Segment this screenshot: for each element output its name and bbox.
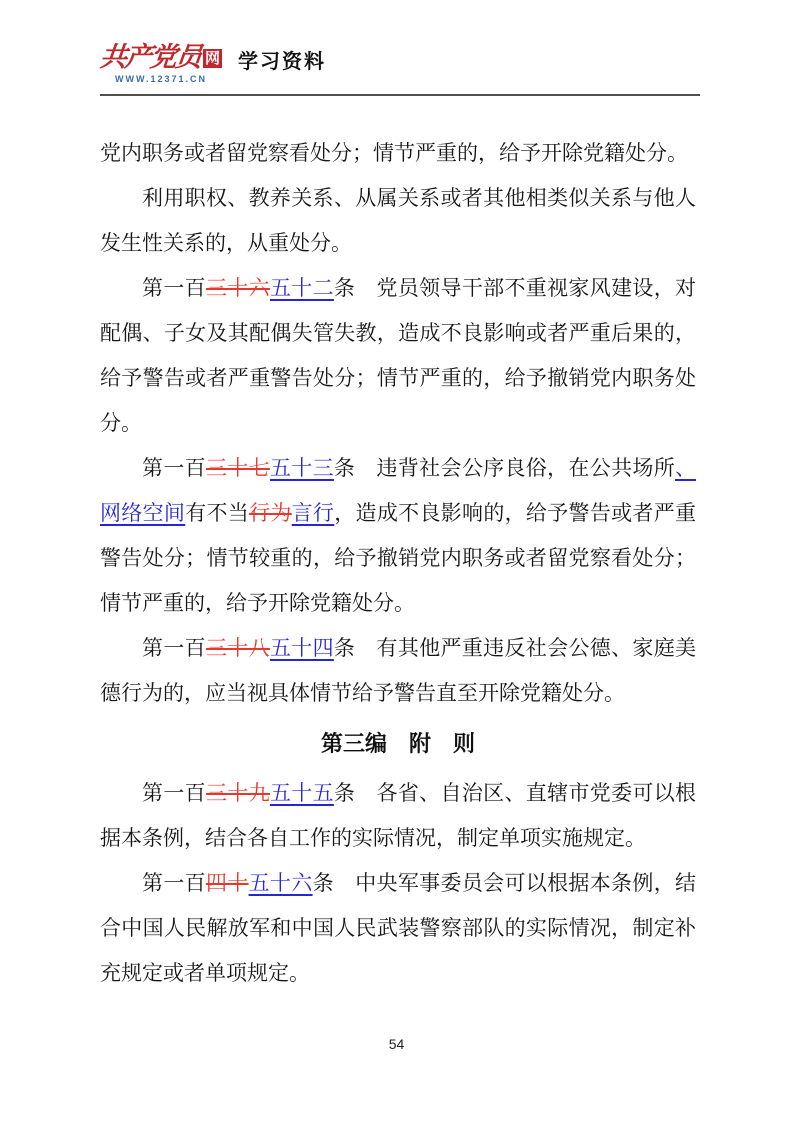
inserted-text: 五十四 [270, 636, 334, 660]
inserted-text: 五十六 [249, 871, 313, 895]
section-heading: 第三编 附 则 [100, 721, 696, 766]
inserted-text: 五十二 [270, 276, 334, 300]
logo-calligraphy-text: 共产党员 [99, 44, 202, 72]
site-logo: 共产党员 网 WWW.12371.CN [100, 44, 222, 84]
text-segment: 第一百 [142, 456, 206, 480]
text-segment: 利用职权、教养关系、从属关系或者其他相类似关系与他人发生性关系的，从重处分。 [100, 186, 696, 255]
deleted-text: 三十七 [206, 456, 270, 480]
logo-row: 共产党员 网 [100, 44, 222, 72]
logo-net-badge: 网 [203, 49, 222, 68]
header-divider [100, 94, 700, 96]
text-segment: 条 违背社会公序良俗，在公共场所 [334, 456, 675, 480]
deleted-text: 四十 [206, 871, 249, 895]
document-page: 共产党员 网 WWW.12371.CN 学习资料 党内职务或者留党察看处分；情节… [0, 0, 793, 1122]
deleted-text: 三十六 [206, 276, 270, 300]
page-footer: 54 [0, 1036, 793, 1054]
text-segment: 第一百 [142, 781, 206, 805]
paragraph: 第一百三十七五十三条 违背社会公序良俗，在公共场所、网络空间有不当行为言行，造成… [100, 446, 696, 626]
deleted-text: 三十九 [206, 781, 270, 805]
paragraph: 利用职权、教养关系、从属关系或者其他相类似关系与他人发生性关系的，从重处分。 [100, 176, 696, 266]
deleted-text: 三十八 [206, 636, 270, 660]
paragraph: 第一百三十六五十二条 党员领导干部不重视家风建设，对配偶、子女及其配偶失管失教，… [100, 266, 696, 446]
inserted-text: 五十五 [270, 781, 334, 805]
text-segment: 有不当 [185, 501, 249, 525]
inserted-text: 言行 [292, 501, 335, 525]
deleted-text: 行为 [249, 501, 292, 525]
text-segment: 第一百 [142, 636, 206, 660]
header-label: 学习资料 [238, 45, 326, 84]
paragraph: 第一百三十九五十五条 各省、自治区、直辖市党委可以根据本条例，结合各自工作的实际… [100, 771, 696, 861]
paragraph: 第一百三十八五十四条 有其他严重违反社会公德、家庭美德行为的，应当视具体情节给予… [100, 626, 696, 716]
logo-url-text: WWW.12371.CN [115, 74, 207, 84]
text-segment: 第一百 [142, 276, 206, 300]
page-number: 54 [389, 1036, 405, 1052]
paragraph: 党内职务或者留党察看处分；情节严重的，给予开除党籍处分。 [100, 131, 696, 176]
inserted-text: 五十三 [270, 456, 334, 480]
document-header: 共产党员 网 WWW.12371.CN 学习资料 [100, 44, 326, 84]
paragraph: 第一百四十五十六条 中央军事委员会可以根据本条例，结合中国人民解放军和中国人民武… [100, 861, 696, 996]
document-body: 党内职务或者留党察看处分；情节严重的，给予开除党籍处分。利用职权、教养关系、从属… [100, 131, 696, 996]
text-segment: 党内职务或者留党察看处分；情节严重的，给予开除党籍处分。 [100, 141, 688, 165]
text-segment: 第一百 [142, 871, 206, 895]
